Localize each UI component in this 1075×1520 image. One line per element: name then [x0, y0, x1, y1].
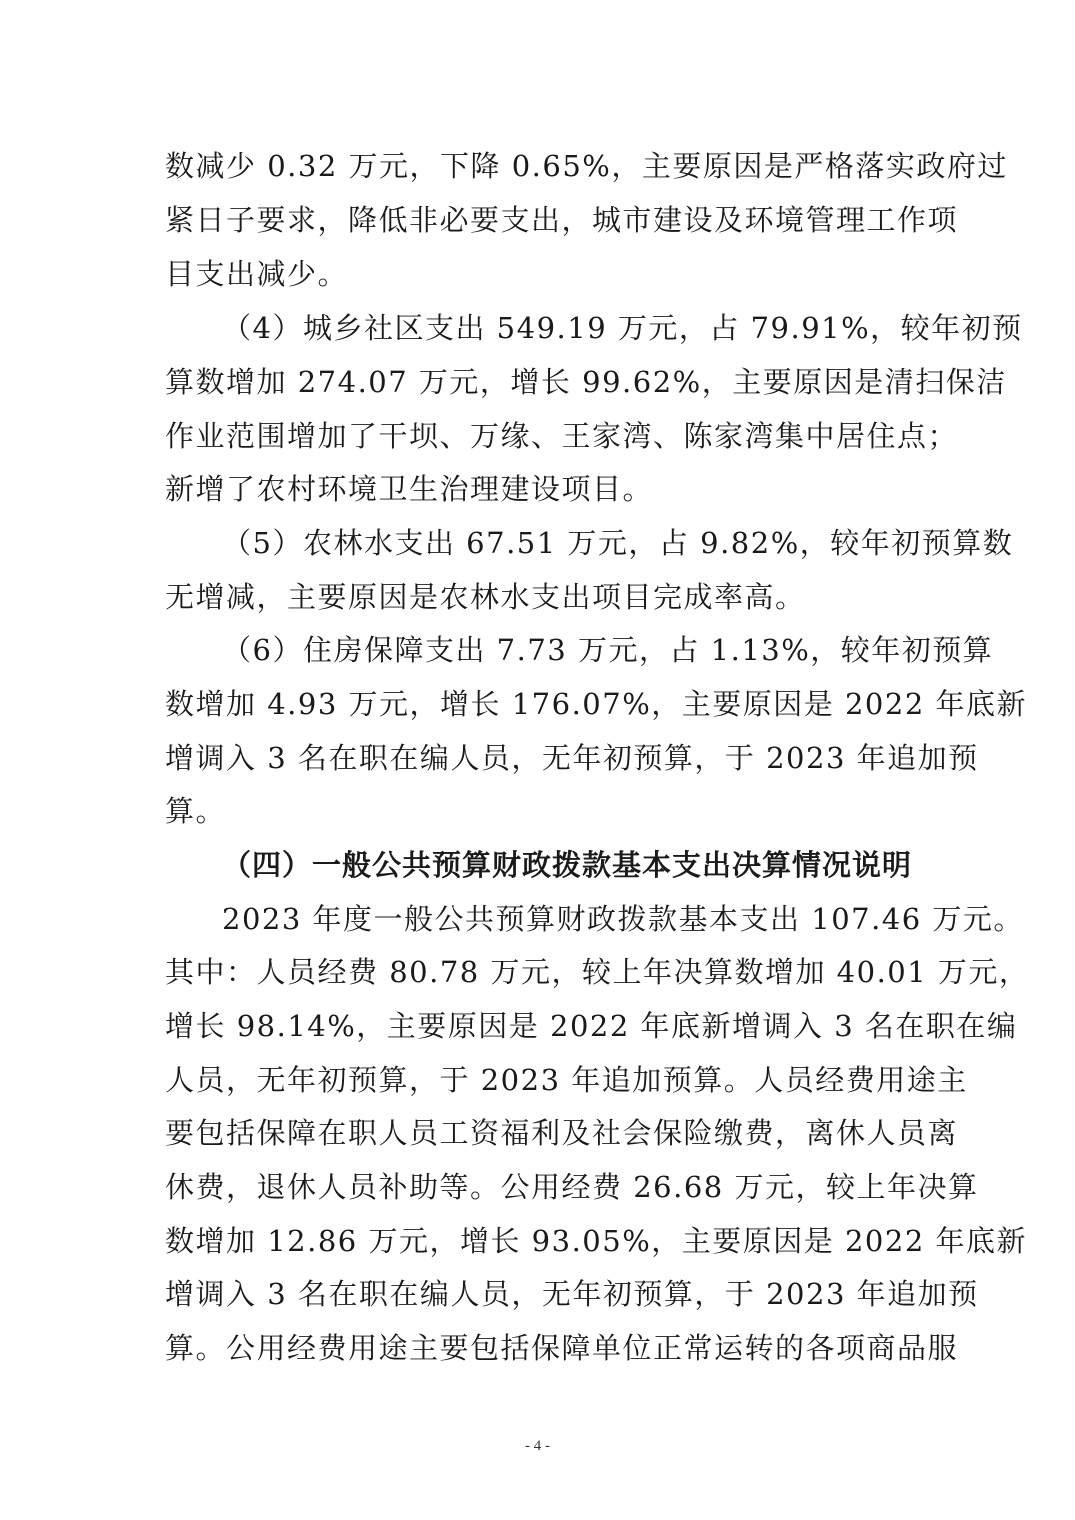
paragraph-line: （6）住房保障支出 7.73 万元，占 1.13%，较年初预算 — [222, 630, 972, 670]
paragraph-line: 数增加 12.86 万元，增长 93.05%，主要原因是 2022 年底新 — [165, 1221, 915, 1261]
paragraph-line: 人员，无年初预算，于 2023 年追加预算。人员经费用途主 — [165, 1060, 915, 1100]
paragraph-line: 紧日子要求，降低非必要支出，城市建设及环境管理工作项 — [165, 200, 915, 240]
paragraph-line: 2023 年度一般公共预算财政拨款基本支出 107.46 万元。 — [222, 899, 972, 939]
section-heading: （四）一般公共预算财政拨款基本支出决算情况说明 — [222, 845, 972, 885]
paragraph-line: 其中：人员经费 80.78 万元，较上年决算数增加 40.01 万元， — [165, 952, 915, 992]
paragraph-line: 增调入 3 名在职在编人员，无年初预算，于 2023 年追加预 — [165, 738, 915, 778]
paragraph-line: 目支出减少。 — [165, 254, 915, 294]
paragraph-line: 数减少 0.32 万元，下降 0.65%，主要原因是严格落实政府过 — [165, 146, 915, 186]
paragraph-line: 无增减，主要原因是农林水支出项目完成率高。 — [165, 577, 915, 617]
paragraph-line: 算数增加 274.07 万元，增长 99.62%，主要原因是清扫保洁 — [165, 362, 915, 402]
paragraph-line: 算。公用经费用途主要包括保障单位正常运转的各项商品服 — [165, 1328, 915, 1368]
paragraph-line: 算。 — [165, 791, 915, 831]
paragraph-line: 要包括保障在职人员工资福利及社会保险缴费，离休人员离 — [165, 1113, 915, 1153]
paragraph-line: 增长 98.14%，主要原因是 2022 年底新增调入 3 名在职在编 — [165, 1006, 915, 1046]
paragraph-line: 新增了农村环境卫生治理建设项目。 — [165, 469, 915, 509]
paragraph-line: 数增加 4.93 万元，增长 176.07%，主要原因是 2022 年底新 — [165, 684, 915, 724]
paragraph-line: 作业范围增加了干坝、万缘、王家湾、陈家湾集中居住点； — [165, 416, 915, 456]
page-number: - 4 - — [0, 1438, 1075, 1455]
paragraph-line: 增调入 3 名在职在编人员，无年初预算，于 2023 年追加预 — [165, 1274, 915, 1314]
paragraph-line: （4）城乡社区支出 549.19 万元，占 79.91%，较年初预 — [222, 308, 972, 348]
paragraph-line: （5）农林水支出 67.51 万元，占 9.82%，较年初预算数 — [222, 523, 972, 563]
paragraph-line: 休费，退休人员补助等。公用经费 26.68 万元，较上年决算 — [165, 1167, 915, 1207]
